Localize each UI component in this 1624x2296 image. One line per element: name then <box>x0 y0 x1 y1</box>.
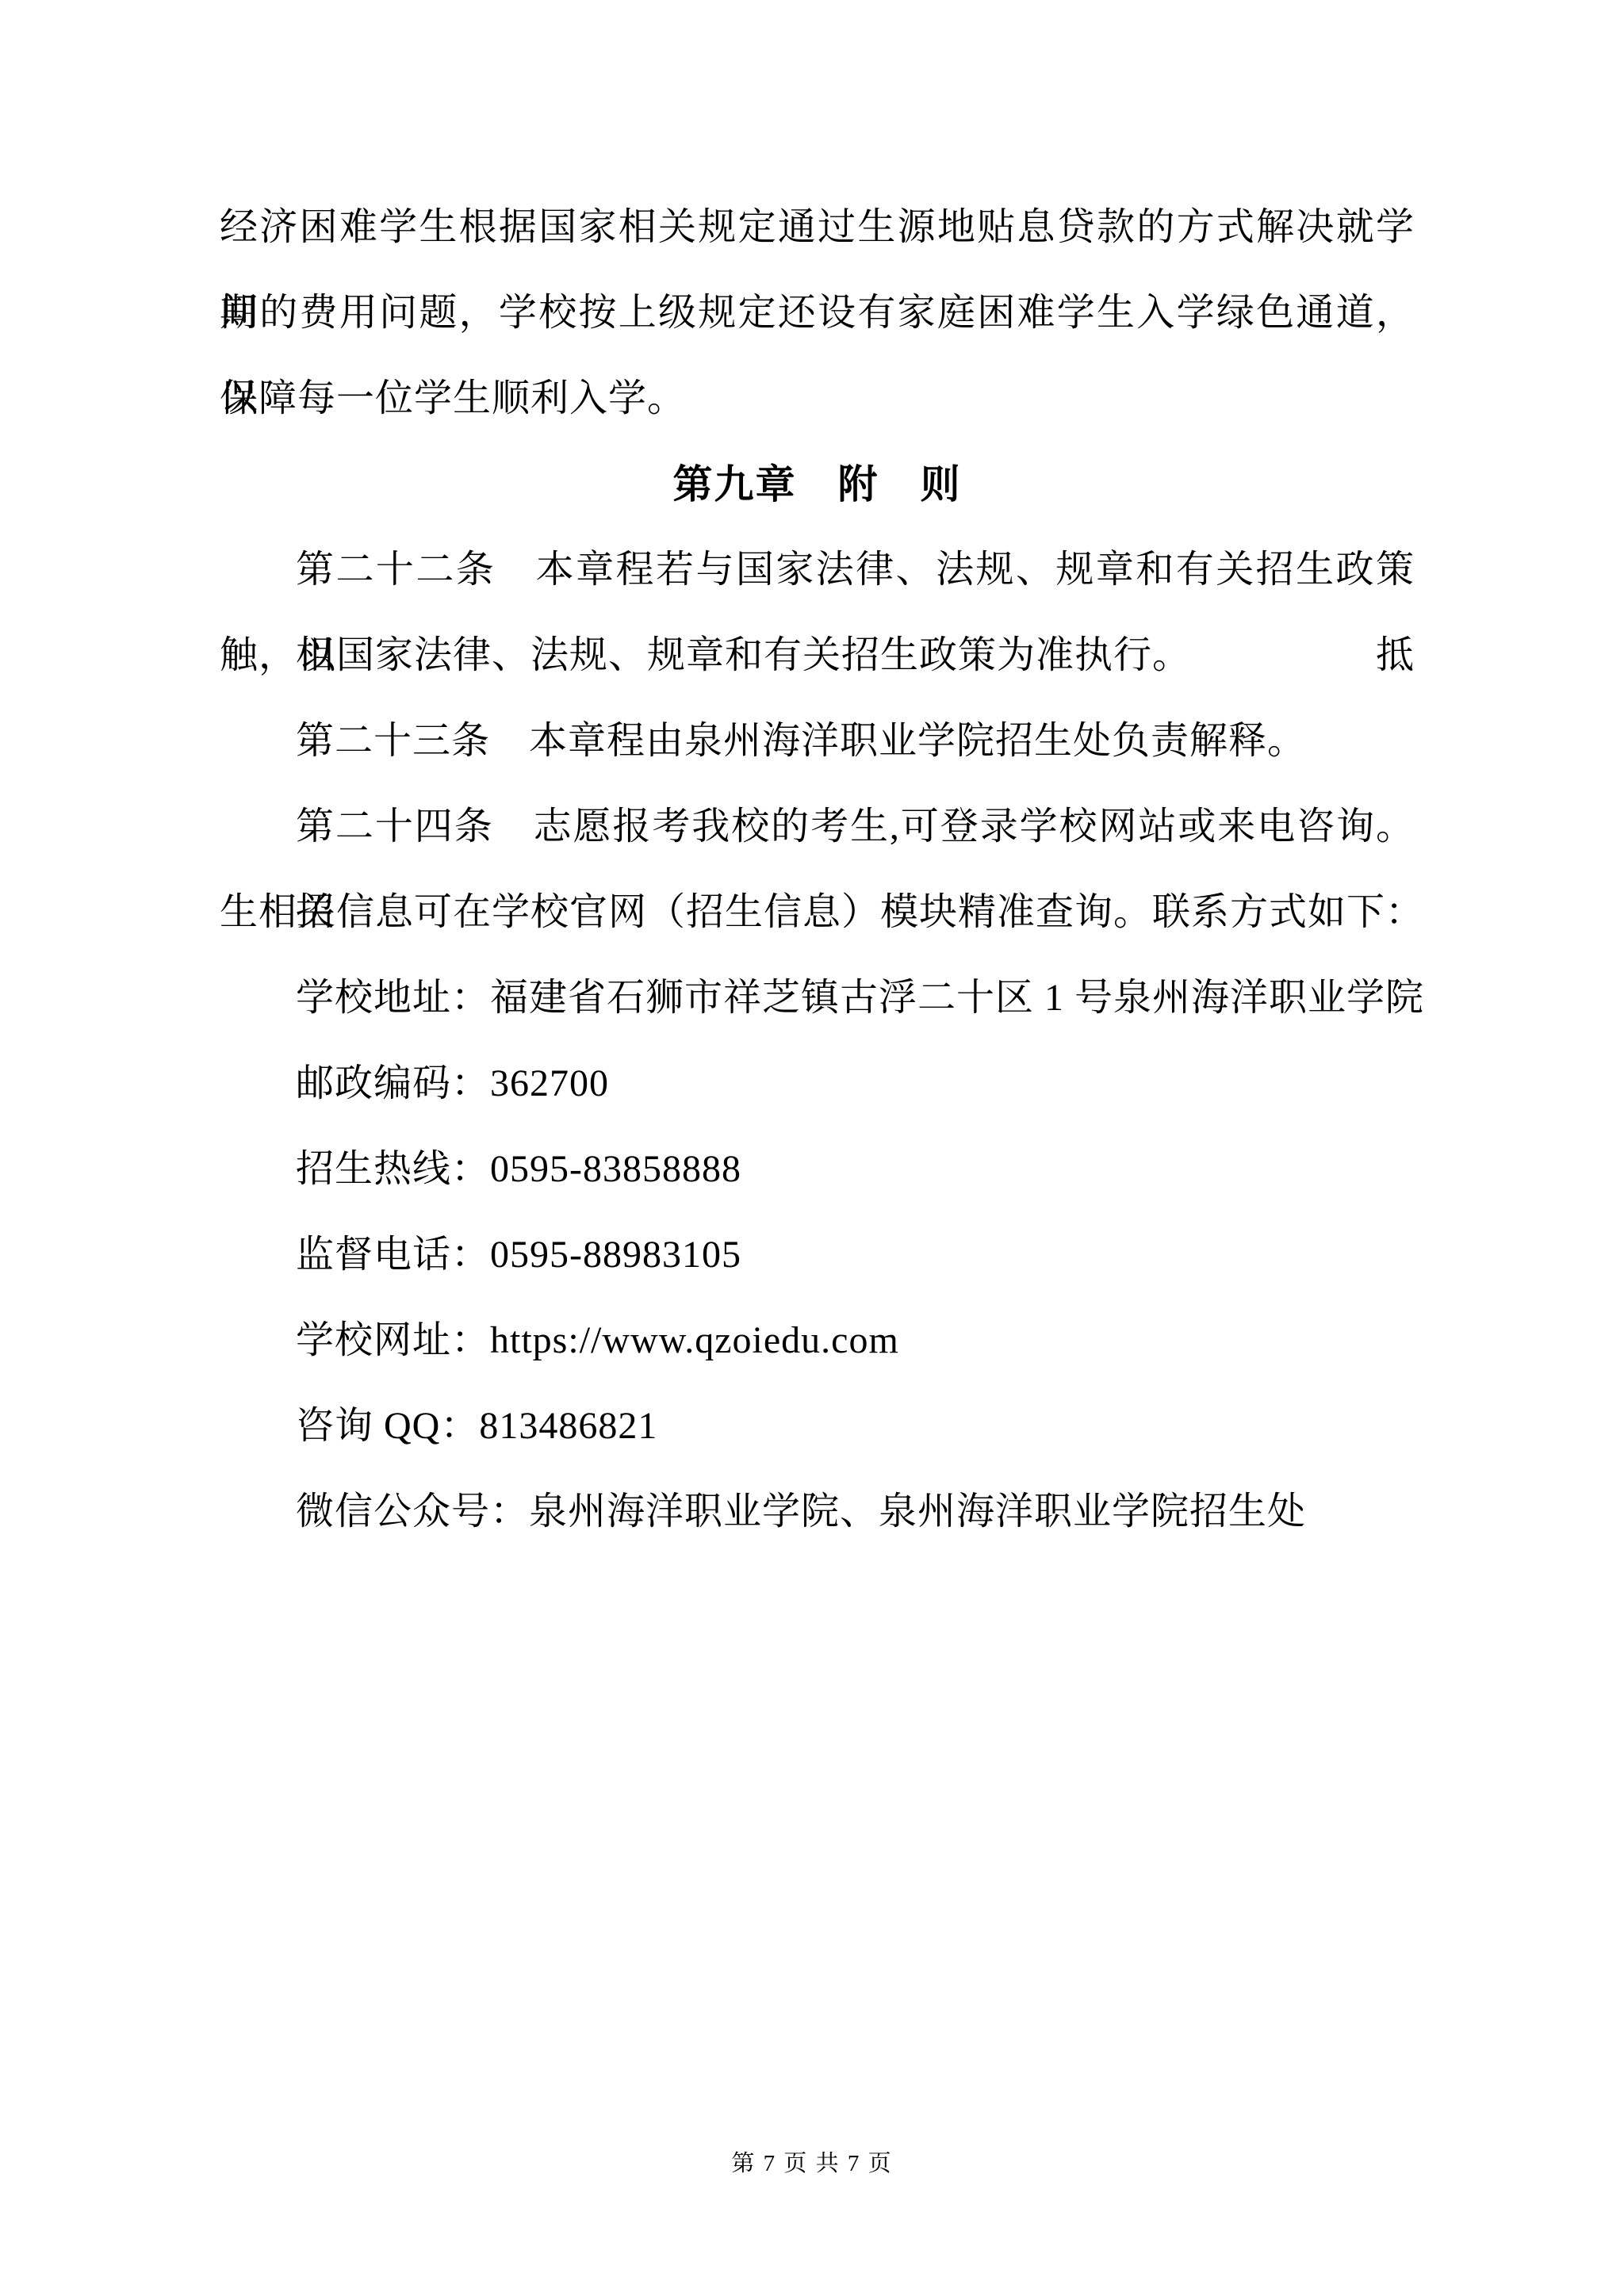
contact-address-line: 学校地址：福建省石狮市祥芝镇古浮二十区 1 号泉州海洋职业学院 <box>220 955 1415 1041</box>
contact-qq-line: 咨询 QQ：813486821 <box>220 1383 1415 1469</box>
body-line-2: 间的费用问题，学校按上级规定还设有家庭困难学生入学绿色通道，以 <box>220 270 1415 356</box>
contact-postcode-line: 邮政编码：362700 <box>220 1041 1415 1127</box>
article-22-line-1: 第二十二条 本章程若与国家法律、法规、规章和有关招生政策相抵 <box>220 527 1415 613</box>
page-number-text: 第 7 页 共 7 页 <box>731 2151 892 2176</box>
contact-supervision-phone-line: 监督电话：0595-88983105 <box>220 1212 1415 1298</box>
contact-website-line: 学校网址：https://www.qzoiedu.com <box>220 1298 1415 1383</box>
article-24-line-1: 第二十四条 志愿报考我校的考生,可登录学校网站或来电咨询。招 <box>220 784 1415 870</box>
contact-wechat-line: 微信公众号：泉州海洋职业学院、泉州海洋职业学院招生处 <box>220 1469 1415 1555</box>
document-page: 经济困难学生根据国家相关规定通过生源地贴息贷款的方式解决就学期 间的费用问题，学… <box>0 0 1624 2296</box>
body-line-1: 经济困难学生根据国家相关规定通过生源地贴息贷款的方式解决就学期 <box>220 185 1415 270</box>
article-24-line-2: 生相关信息可在学校官网（招生信息）模块精准查询。联系方式如下： <box>220 870 1415 955</box>
page-footer: 第 7 页 共 7 页 <box>0 2145 1624 2178</box>
body-line-3: 保障每一位学生顺利入学。 <box>220 356 1415 442</box>
article-23-line: 第二十三条 本章程由泉州海洋职业学院招生处负责解释。 <box>220 698 1415 784</box>
chapter-heading: 第九章 附 则 <box>220 442 1415 527</box>
document-body: 经济困难学生根据国家相关规定通过生源地贴息贷款的方式解决就学期 间的费用问题，学… <box>220 185 1415 1555</box>
contact-hotline-line: 招生热线：0595-83858888 <box>220 1127 1415 1212</box>
